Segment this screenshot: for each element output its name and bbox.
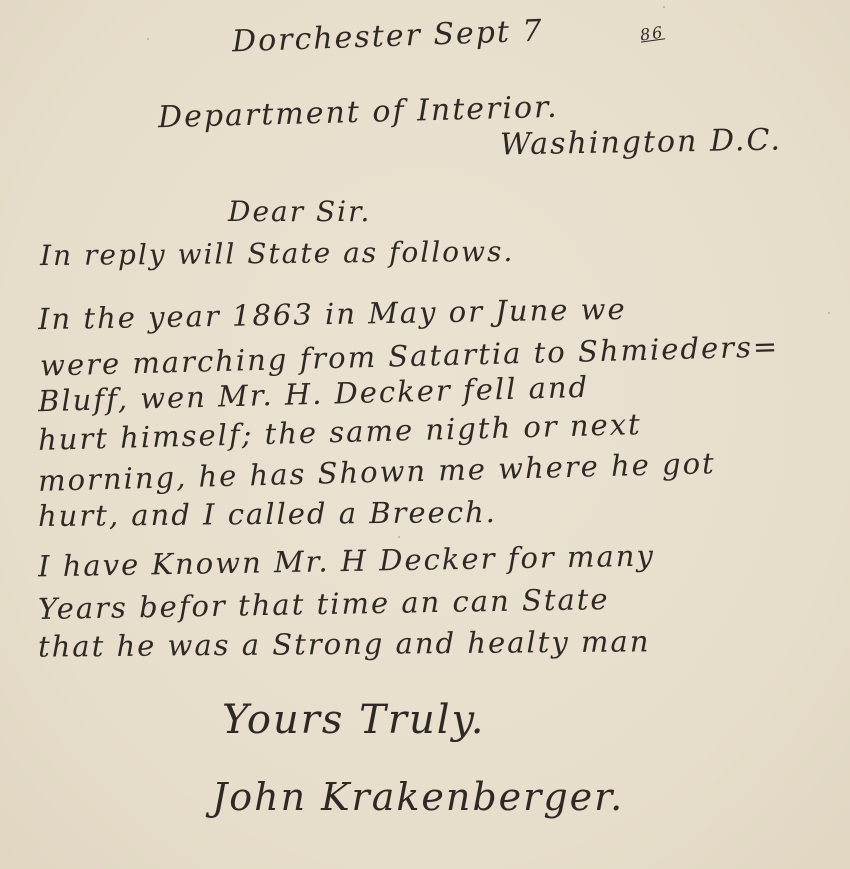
body-line: were marching from Satartia to Shmieders… — [40, 332, 780, 380]
paper-speck — [398, 536, 400, 538]
body-line: that he was a Strong and healty man — [38, 627, 651, 661]
letter-page: Dorchester Sept 7 86 Department of Inter… — [0, 0, 850, 869]
salutation: Dear Sir. — [228, 198, 371, 226]
body-line: hurt, and I called a Breech. — [38, 498, 497, 531]
signature: John Krakenberger. — [212, 778, 624, 816]
closing: Yours Truly. — [222, 700, 486, 740]
place-and-date: Dorchester Sept 7 — [232, 17, 544, 58]
intro-line: In reply will State as follows. — [40, 238, 515, 270]
addressee-city: Washington D.C. — [500, 126, 782, 161]
body-line: Years befor that time an can State — [38, 585, 610, 624]
body-line: In the year 1863 in May or June we — [38, 295, 627, 334]
body-line: hurt himself; the same nigth or next — [38, 410, 642, 455]
body-line: I have Known Mr. H Decker for many — [38, 542, 655, 582]
date-year: 86 — [639, 24, 665, 43]
paper-speck — [828, 312, 830, 314]
paper-speck — [147, 38, 149, 40]
body-line: morning, he has Shown me where he got — [38, 449, 716, 496]
paper-speck — [663, 6, 665, 8]
